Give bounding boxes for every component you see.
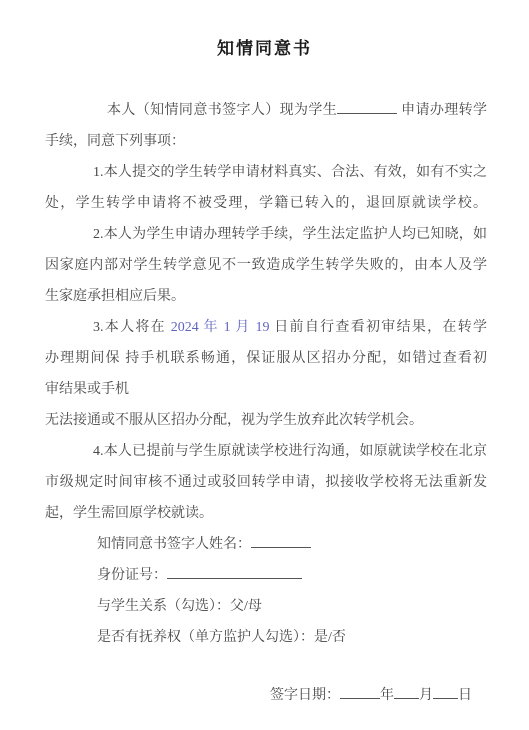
- document-body: 本人（知情同意书签字人）现为学生 申请办理转学手续，同意下列事项：1.本人提交的…: [45, 95, 487, 711]
- text-segment: 办理期间保 持手机联系畅通，保证服从区招办分配，如错过查看初: [45, 351, 487, 366]
- paragraph-line: 审结果或手机: [45, 374, 487, 405]
- paragraph-line: 身份证号：: [45, 560, 487, 591]
- paragraph-line: 2.本人为学生申请办理转学手续，学生法定监护人均已知晓，如: [45, 219, 487, 250]
- paragraph-line: 市级规定时间审核不通过或驳回转学申请，拟接收学校将无法重新发: [45, 467, 487, 498]
- paragraph-line: 无法接通或不服从区招办分配，视为学生放弃此次转学机会。: [45, 405, 487, 436]
- text-segment: 知情同意书签字人姓名：: [97, 537, 251, 552]
- paragraph-line: 1.本人提交的学生转学申请材料真实、合法、有效，如有不实之: [45, 157, 487, 188]
- text-segment: 处，学生转学申请将不被受理，学籍已转入的，退回原就读学校。: [45, 196, 487, 211]
- text-segment: 无法接通或不服从区招办分配，视为学生放弃此次转学机会。: [45, 413, 423, 428]
- text-segment: 本人（知情同意书签字人）现为学生: [107, 103, 337, 118]
- text-segment: 1.本人提交的学生转学申请材料真实、合法、有效，如有不实之: [93, 165, 487, 180]
- text-segment: 2.本人为学生申请办理转学手续，学生法定监护人均已知晓，如: [93, 227, 487, 242]
- text-segment: 3.本人将在: [93, 320, 171, 335]
- paragraph-line: 处，学生转学申请将不被受理，学籍已转入的，退回原就读学校。: [45, 188, 487, 219]
- text-segment: 与学生关系（勾选）：父/母: [97, 599, 262, 614]
- paragraph-line: 因家庭内部对学生转学意见不一致造成学生转学失败的，由本人及学: [45, 250, 487, 281]
- blank-underline: [340, 685, 380, 699]
- text-segment: 起，学生需回原学校就读。: [45, 506, 213, 521]
- date-highlight: 2024 年 1 月 19: [171, 320, 270, 335]
- text-segment: 身份证号：: [97, 568, 167, 583]
- paragraph-line: 起，学生需回原学校就读。: [45, 498, 487, 529]
- paragraph-line: 本人（知情同意书签字人）现为学生 申请办理转学: [45, 95, 487, 126]
- paragraph-line: 签字日期：年月日: [45, 680, 487, 711]
- paragraph-line: 4.本人已提前与学生原就读学校进行沟通，如原就读学校在北京: [45, 436, 487, 467]
- blank-underline: [433, 685, 458, 699]
- text-segment: 月: [419, 688, 433, 703]
- text-segment: 是否有抚养权（单方监护人勾选）：是/否: [97, 630, 346, 645]
- text-segment: 生家庭承担相应后果。: [45, 289, 185, 304]
- paragraph-line: 与学生关系（勾选）：父/母: [45, 591, 487, 622]
- consent-document-page: 知情同意书 本人（知情同意书签字人）现为学生 申请办理转学手续，同意下列事项：1…: [0, 0, 529, 730]
- paragraph-line: 办理期间保 持手机联系畅通，保证服从区招办分配，如错过查看初: [45, 343, 487, 374]
- text-segment: 日前自行查看初审结果，在转学: [269, 320, 487, 335]
- text-segment: 因家庭内部对学生转学意见不一致造成学生转学失败的，由本人及学: [45, 258, 487, 273]
- blank-underline: [251, 534, 311, 548]
- blank-underline: [394, 685, 419, 699]
- text-segment: 手续，同意下列事项：: [45, 134, 185, 149]
- text-segment: 申请办理转学: [397, 103, 487, 118]
- paragraph-line: 手续，同意下列事项：: [45, 126, 487, 157]
- text-segment: 市级规定时间审核不通过或驳回转学申请，拟接收学校将无法重新发: [45, 475, 487, 490]
- document-title: 知情同意书: [0, 0, 529, 60]
- text-segment: 签字日期：: [270, 688, 340, 703]
- paragraph-line: 生家庭承担相应后果。: [45, 281, 487, 312]
- paragraph-line: 是否有抚养权（单方监护人勾选）：是/否: [45, 622, 487, 653]
- paragraph-line: 知情同意书签字人姓名：: [45, 529, 487, 560]
- blank-underline: [167, 565, 302, 579]
- blank-underline: [337, 100, 397, 114]
- text-segment: 4.本人已提前与学生原就读学校进行沟通，如原就读学校在北京: [93, 444, 487, 459]
- text-segment: 年: [380, 688, 394, 703]
- text-segment: 日: [458, 688, 472, 703]
- text-segment: 审结果或手机: [45, 382, 129, 397]
- paragraph-line: 3.本人将在 2024 年 1 月 19 日前自行查看初审结果，在转学: [45, 312, 487, 343]
